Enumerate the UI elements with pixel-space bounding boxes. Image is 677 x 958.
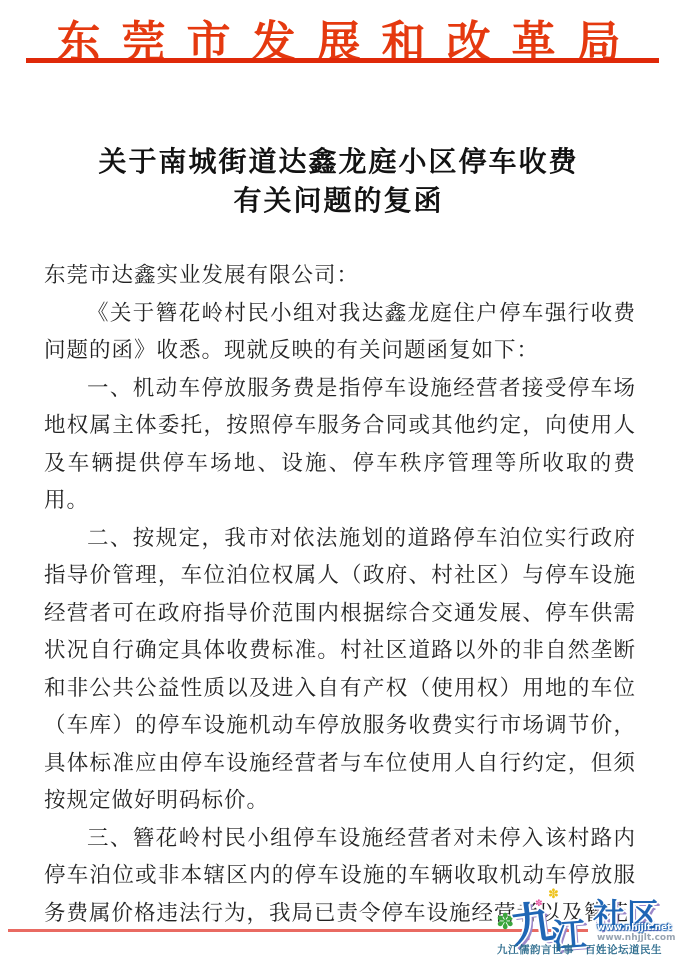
- document-title-line1: 关于南城街道达鑫龙庭小区停车收费: [98, 147, 578, 178]
- paragraph-item-2: 二、按规定，我市对依法施划的道路停车泊位实行政府指导价管理，车位泊位权属人（政府…: [44, 520, 636, 820]
- document-body: 东莞市达鑫实业发展有限公司： 《关于簪花岭村民小组对我达鑫龙庭住户停车强行收费问…: [44, 257, 636, 932]
- forum-watermark-logo: ✽ ✽ ✽ ✽ 九 江 社区 www.nhjjlt.net www.nhjjlt…: [495, 886, 677, 958]
- letterhead-divider: [26, 58, 659, 63]
- salutation: 东莞市达鑫实业发展有限公司：: [44, 257, 636, 295]
- document-title: 关于南城街道达鑫龙庭小区停车收费 有关问题的复函: [0, 143, 677, 221]
- watermark-url-net: www.nhjjlt.net: [597, 923, 671, 933]
- document-page: 东莞市发展和改革局 关于南城街道达鑫龙庭小区停车收费 有关问题的复函 东莞市达鑫…: [0, 0, 677, 958]
- watermark-tagline: 九江儒韵言世事 百姓论坛道民生: [497, 942, 677, 957]
- paragraph-item-1: 一、机动车停放服务费是指停车设施经营者接受停车场地权属主体委托，按照停车服务合同…: [44, 370, 636, 520]
- document-title-line2: 有关问题的复函: [233, 186, 443, 217]
- paragraph-intro: 《关于簪花岭村民小组对我达鑫龙庭住户停车强行收费问题的函》收悉。现就反映的有关问…: [44, 295, 636, 370]
